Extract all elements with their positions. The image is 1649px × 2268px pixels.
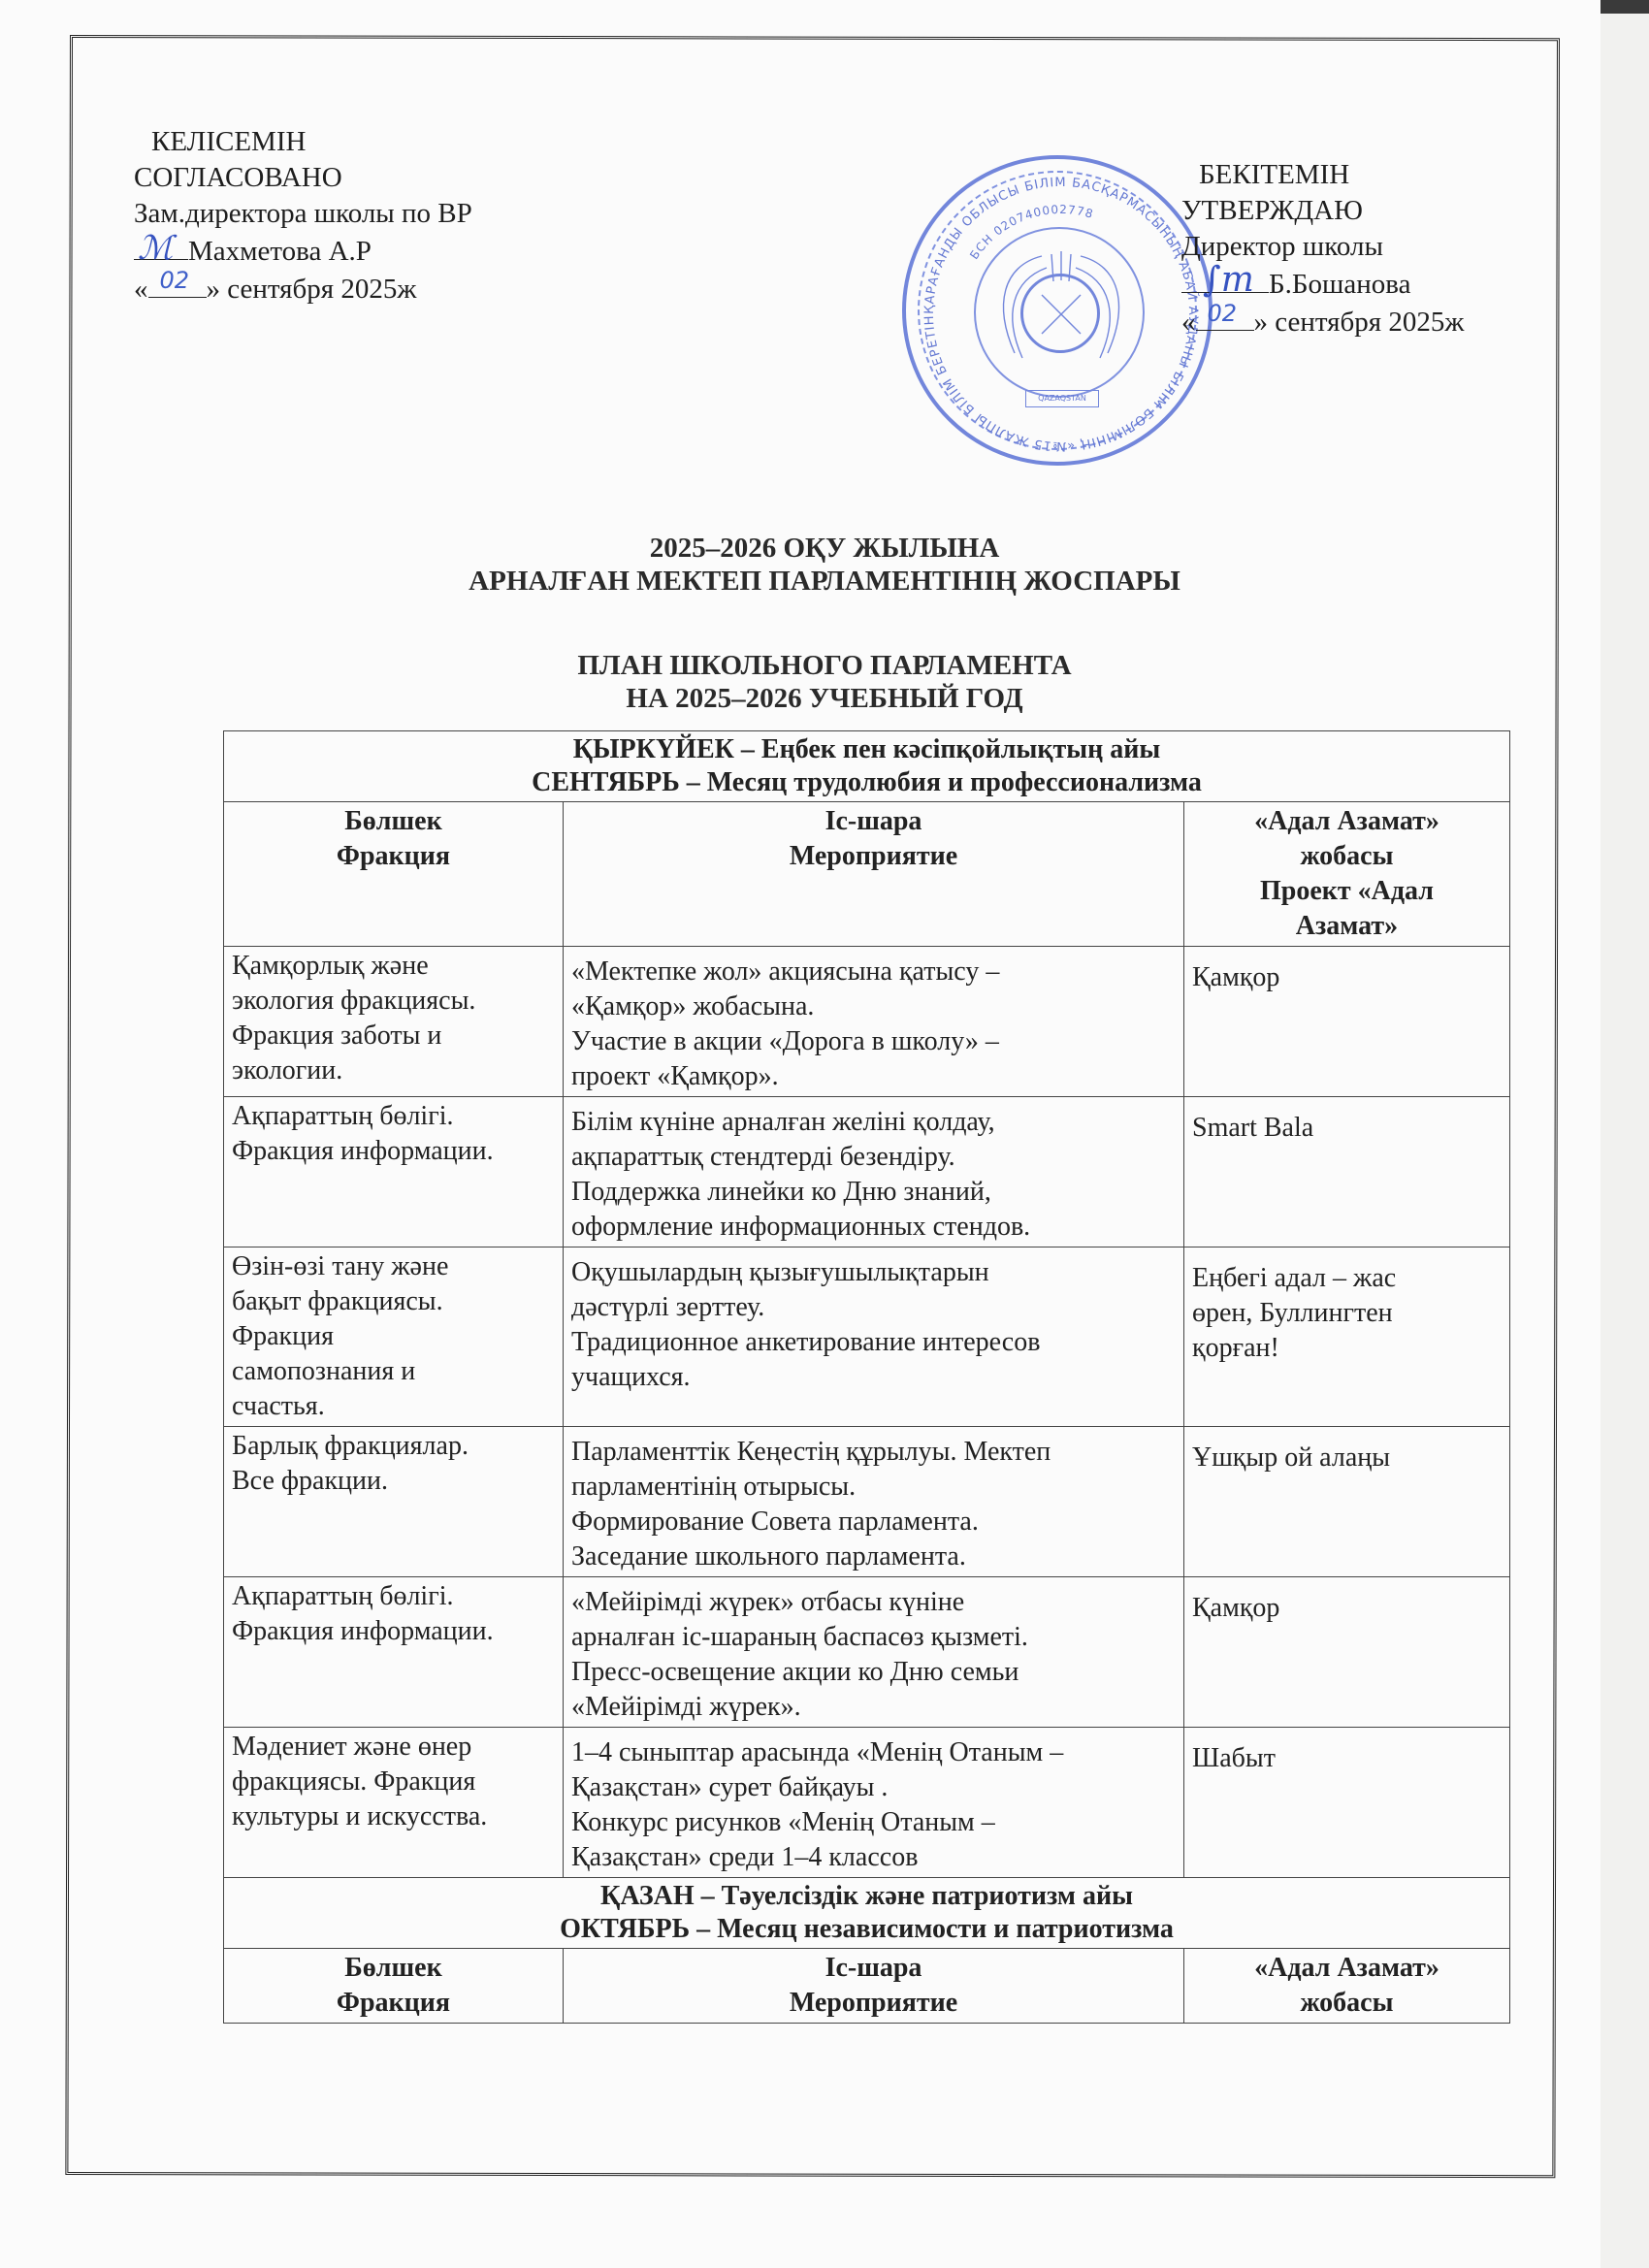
cell-text-line: парламентінің отырысы.: [571, 1470, 1176, 1505]
cell-text-line: Азамат»: [1192, 909, 1502, 944]
cell-text-line: Ақпараттың бөлігі.: [232, 1099, 555, 1134]
column-header-row: БөлшекФракцияІс-шараМероприятие«Адал Аза…: [224, 802, 1510, 947]
cell-text-line: Парламенттік Кеңестің құрылуы. Мектеп: [571, 1435, 1176, 1470]
official-stamp: ҚАРАҒАНДЫ ОБЛЫСЫ БІЛІМ БАСҚАРМАСЫНЫҢ АБА…: [902, 155, 1212, 466]
cell-text-line: «Адал Азамат»: [1192, 1951, 1502, 1986]
document-title-kz: 2025–2026 ОҚУ ЖЫЛЫНА АРНАЛҒАН МЕКТЕП ПАР…: [0, 532, 1649, 598]
cell-text-line: Ақпараттың бөлігі.: [232, 1579, 555, 1614]
column-header-faction: БөлшекФракция: [224, 1949, 564, 2024]
cell-text-line: оформление информационных стендов.: [571, 1210, 1176, 1245]
column-header-event: Іс-шараМероприятие: [564, 1949, 1184, 2024]
scan-edge-top: [1600, 0, 1649, 14]
faction-cell: Мәдениет және өнерфракциясы. Фракциякуль…: [224, 1728, 564, 1878]
cell-text-line: қорған!: [1192, 1331, 1502, 1366]
quote-open: «: [1181, 307, 1196, 338]
cell-text-line: жобасы: [1192, 839, 1502, 874]
project-cell: Қамқор: [1184, 1577, 1510, 1728]
cell-text-line: Заседание школьного парламента.: [571, 1539, 1176, 1574]
column-header-event: Іс-шараМероприятие: [564, 802, 1184, 947]
event-cell: Оқушылардың қызығушылықтарындәстүрлі зер…: [564, 1247, 1184, 1427]
cell-text-line: Оқушылардың қызығушылықтарын: [571, 1255, 1176, 1290]
cell-text-line: Формирование Совета парламента.: [571, 1505, 1176, 1539]
cell-text-line: Фракция информации.: [232, 1134, 555, 1169]
cell-text-line: Проект «Адал: [1192, 874, 1502, 909]
faction-cell: Ақпараттың бөлігі.Фракция информации.: [224, 1577, 564, 1728]
event-cell: «Мейірімді жүрек» отбасы күнінеарналған …: [564, 1577, 1184, 1728]
project-cell: Шабыт: [1184, 1728, 1510, 1878]
project-cell: Ұшқыр ой алаңы: [1184, 1427, 1510, 1577]
approval-name: Махметова А.Р: [188, 236, 372, 267]
column-header-row: БөлшекФракцияІс-шараМероприятие«Адал Аза…: [224, 1949, 1510, 2024]
cell-text-line: Конкурс рисунков «Менің Отаным –: [571, 1805, 1176, 1840]
handwritten-day: 02: [160, 263, 190, 299]
project-cell: Smart Bala: [1184, 1097, 1510, 1247]
cell-text-line: Өзін-өзі тану және: [232, 1249, 555, 1284]
faction-cell: Ақпараттың бөлігі.Фракция информации.: [224, 1097, 564, 1247]
column-header-project: «Адал Азамат»жобасыПроект «АдалАзамат»: [1184, 802, 1510, 947]
cell-text-line: «Мектепке жол» акциясына қатысу –: [571, 955, 1176, 989]
cell-text-line: Традиционное анкетирование интересов: [571, 1325, 1176, 1360]
cell-text-line: Еңбегі адал – жас: [1192, 1261, 1502, 1296]
cell-text-line: Бөлшек: [232, 804, 555, 839]
cell-text-line: дәстүрлі зерттеу.: [571, 1290, 1176, 1325]
table-row: Қамқорлық жәнеэкология фракциясы.Фракция…: [224, 947, 1510, 1097]
scan-edge: [1600, 0, 1649, 2268]
cell-text-line: Қазақстан» среди 1–4 классов: [571, 1840, 1176, 1875]
date-rest: » сентября 2025ж: [207, 274, 417, 305]
cell-text-line: экологии.: [232, 1053, 555, 1088]
event-cell: «Мектепке жол» акциясына қатысу –«Қамқор…: [564, 947, 1184, 1097]
table-row: Өзін-өзі тану жәнебақыт фракциясы.Фракци…: [224, 1247, 1510, 1427]
cell-text-line: Фракция: [232, 839, 555, 874]
cell-text-line: бақыт фракциясы.: [232, 1284, 555, 1319]
stamp-emblem-label: QAZAQSTAN: [1025, 390, 1099, 407]
cell-text-line: Ұшқыр ой алаңы: [1192, 1441, 1502, 1475]
event-cell: 1–4 сыныптар арасында «Менің Отаным –Қаз…: [564, 1728, 1184, 1878]
cell-text-line: Мәдениет және өнер: [232, 1730, 555, 1765]
month-title: ҚАЗАН – Тәуелсіздік және патриотизм айыО…: [224, 1878, 1510, 1949]
cell-text-line: Поддержка линейки ко Дню знаний,: [571, 1175, 1176, 1210]
cell-text-line: Smart Bala: [1192, 1111, 1502, 1146]
cell-text-line: Барлық фракциялар.: [232, 1429, 555, 1464]
cell-text-line: Фракция заботы и: [232, 1019, 555, 1053]
cell-text-line: Фракция: [232, 1319, 555, 1354]
approval-label-ru: СОГЛАСОВАНО: [134, 160, 472, 196]
cell-text-line: 1–4 сыныптар арасында «Менің Отаным –: [571, 1735, 1176, 1770]
cell-text-line: Іс-шара: [571, 1951, 1176, 1986]
approval-name: Б.Бошанова: [1269, 269, 1410, 300]
cell-text-line: «Мейірімді жүрек».: [571, 1690, 1176, 1725]
event-cell: Парламенттік Кеңестің құрылуы. Мектеппар…: [564, 1427, 1184, 1577]
title-kz-line1: 2025–2026 ОҚУ ЖЫЛЫНА: [0, 532, 1649, 565]
title-ru-line2: НА 2025–2026 УЧЕБНЫЙ ГОД: [0, 682, 1649, 715]
approval-label-kz: КЕЛІСЕМІН: [134, 124, 472, 160]
project-cell: Қамқор: [1184, 947, 1510, 1097]
cell-text-line: Все фракции.: [232, 1464, 555, 1499]
table-row: Ақпараттың бөлігі.Фракция информации.«Ме…: [224, 1577, 1510, 1728]
cell-text-line: Пресс-освещение акции ко Дню семьи: [571, 1655, 1176, 1690]
faction-cell: Өзін-өзі тану жәнебақыт фракциясы.Фракци…: [224, 1247, 564, 1427]
event-cell: Білім күніне арналған желіні қолдау,ақпа…: [564, 1097, 1184, 1247]
cell-text-line: өрен, Буллингтен: [1192, 1296, 1502, 1331]
approval-approved-block: БЕКІТЕМІН УТВЕРЖДАЮ Директор школы ∫m Б.…: [1181, 157, 1464, 340]
cell-text-line: «Адал Азамат»: [1192, 804, 1502, 839]
parliament-plan-table: ҚЫРКҮЙЕК – Еңбек пен кәсіпқойлықтың айыС…: [223, 730, 1510, 2024]
handwritten-signature: ∫m: [1203, 262, 1254, 298]
column-header-faction: БөлшекФракция: [224, 802, 564, 947]
signature-blank: ℳ: [134, 232, 188, 260]
table-row: Ақпараттың бөлігі.Фракция информации.Біл…: [224, 1097, 1510, 1247]
approval-label-ru: УТВЕРЖДАЮ: [1181, 193, 1464, 229]
approval-position: Зам.директора школы по ВР: [134, 196, 472, 232]
cell-text-line: Фракция: [232, 1986, 555, 2021]
cell-text-line: Қазақстан» сурет байқауы .: [571, 1770, 1176, 1805]
cell-text-line: Қамқорлық және: [232, 949, 555, 984]
cell-text-line: фракциясы. Фракция: [232, 1765, 555, 1799]
date-blank: 02: [1196, 303, 1254, 331]
cell-text-line: Бөлшек: [232, 1951, 555, 1986]
cell-text-line: счастья.: [232, 1389, 555, 1424]
cell-text-line: культуры и искусства.: [232, 1799, 555, 1834]
signature-blank: ∫m: [1181, 265, 1269, 293]
month-title-ru: ОКТЯБРЬ – Месяц независимости и патриоти…: [232, 1913, 1502, 1946]
cell-text-line: проект «Қамқор».: [571, 1059, 1176, 1094]
cell-text-line: Мероприятие: [571, 839, 1176, 874]
table-row: Барлық фракциялар.Все фракции.Парламентт…: [224, 1427, 1510, 1577]
column-header-project: «Адал Азамат»жобасы: [1184, 1949, 1510, 2024]
month-title-kz: ҚАЗАН – Тәуелсіздік және патриотизм айы: [232, 1880, 1502, 1913]
month-title-ru: СЕНТЯБРЬ – Месяц трудолюбия и профессион…: [232, 766, 1502, 799]
cell-text-line: жобасы: [1192, 1986, 1502, 2021]
cell-text-line: арналған іс-шараның баспасөз қызметі.: [571, 1620, 1176, 1655]
month-title-kz: ҚЫРКҮЙЕК – Еңбек пен кәсіпқойлықтың айы: [232, 733, 1502, 766]
cell-text-line: Қамқор: [1192, 1591, 1502, 1626]
cell-text-line: Участие в акции «Дорога в школу» –: [571, 1024, 1176, 1059]
table-row: Мәдениет және өнерфракциясы. Фракциякуль…: [224, 1728, 1510, 1878]
approval-agreed-block: КЕЛІСЕМІН СОГЛАСОВАНО Зам.директора школ…: [134, 124, 472, 308]
month-header-row: ҚАЗАН – Тәуелсіздік және патриотизм айыО…: [224, 1878, 1510, 1949]
month-title: ҚЫРКҮЙЕК – Еңбек пен кәсіпқойлықтың айыС…: [224, 731, 1510, 802]
approval-date: «02» сентября 2025ж: [1181, 303, 1464, 340]
approval-date: «02» сентября 2025ж: [134, 270, 472, 308]
date-rest: » сентября 2025ж: [1254, 307, 1465, 338]
handwritten-signature: ℳ: [138, 231, 173, 267]
cell-text-line: учащихся.: [571, 1360, 1176, 1395]
cell-text-line: Шабыт: [1192, 1741, 1502, 1776]
cell-text-line: Қамқор: [1192, 960, 1502, 995]
cell-text-line: «Қамқор» жобасына.: [571, 989, 1176, 1024]
month-header-row: ҚЫРКҮЙЕК – Еңбек пен кәсіпқойлықтың айыС…: [224, 731, 1510, 802]
cell-text-line: ақпараттық стендтерді безендіру.: [571, 1140, 1176, 1175]
faction-cell: Қамқорлық жәнеэкология фракциясы.Фракция…: [224, 947, 564, 1097]
cell-text-line: Іс-шара: [571, 804, 1176, 839]
title-ru-line1: ПЛАН ШКОЛЬНОГО ПАРЛАМЕНТА: [0, 649, 1649, 682]
approval-label-kz: БЕКІТЕМІН: [1181, 157, 1464, 193]
date-blank: 02: [148, 270, 207, 298]
cell-text-line: экология фракциясы.: [232, 984, 555, 1019]
title-kz-line2: АРНАЛҒАН МЕКТЕП ПАРЛАМЕНТІНІҢ ЖОСПАРЫ: [0, 565, 1649, 598]
cell-text-line: самопознания и: [232, 1354, 555, 1389]
project-cell: Еңбегі адал – жасөрен, Буллингтенқорған!: [1184, 1247, 1510, 1427]
stamp-emblem-core: [1020, 274, 1100, 353]
document-title-ru: ПЛАН ШКОЛЬНОГО ПАРЛАМЕНТА НА 2025–2026 У…: [0, 649, 1649, 715]
faction-cell: Барлық фракциялар.Все фракции.: [224, 1427, 564, 1577]
cell-text-line: Мероприятие: [571, 1986, 1176, 2021]
handwritten-day: 02: [1208, 296, 1238, 332]
cell-text-line: «Мейірімді жүрек» отбасы күніне: [571, 1585, 1176, 1620]
quote-open: «: [134, 274, 148, 305]
cell-text-line: Фракция информации.: [232, 1614, 555, 1649]
cell-text-line: Білім күніне арналған желіні қолдау,: [571, 1105, 1176, 1140]
